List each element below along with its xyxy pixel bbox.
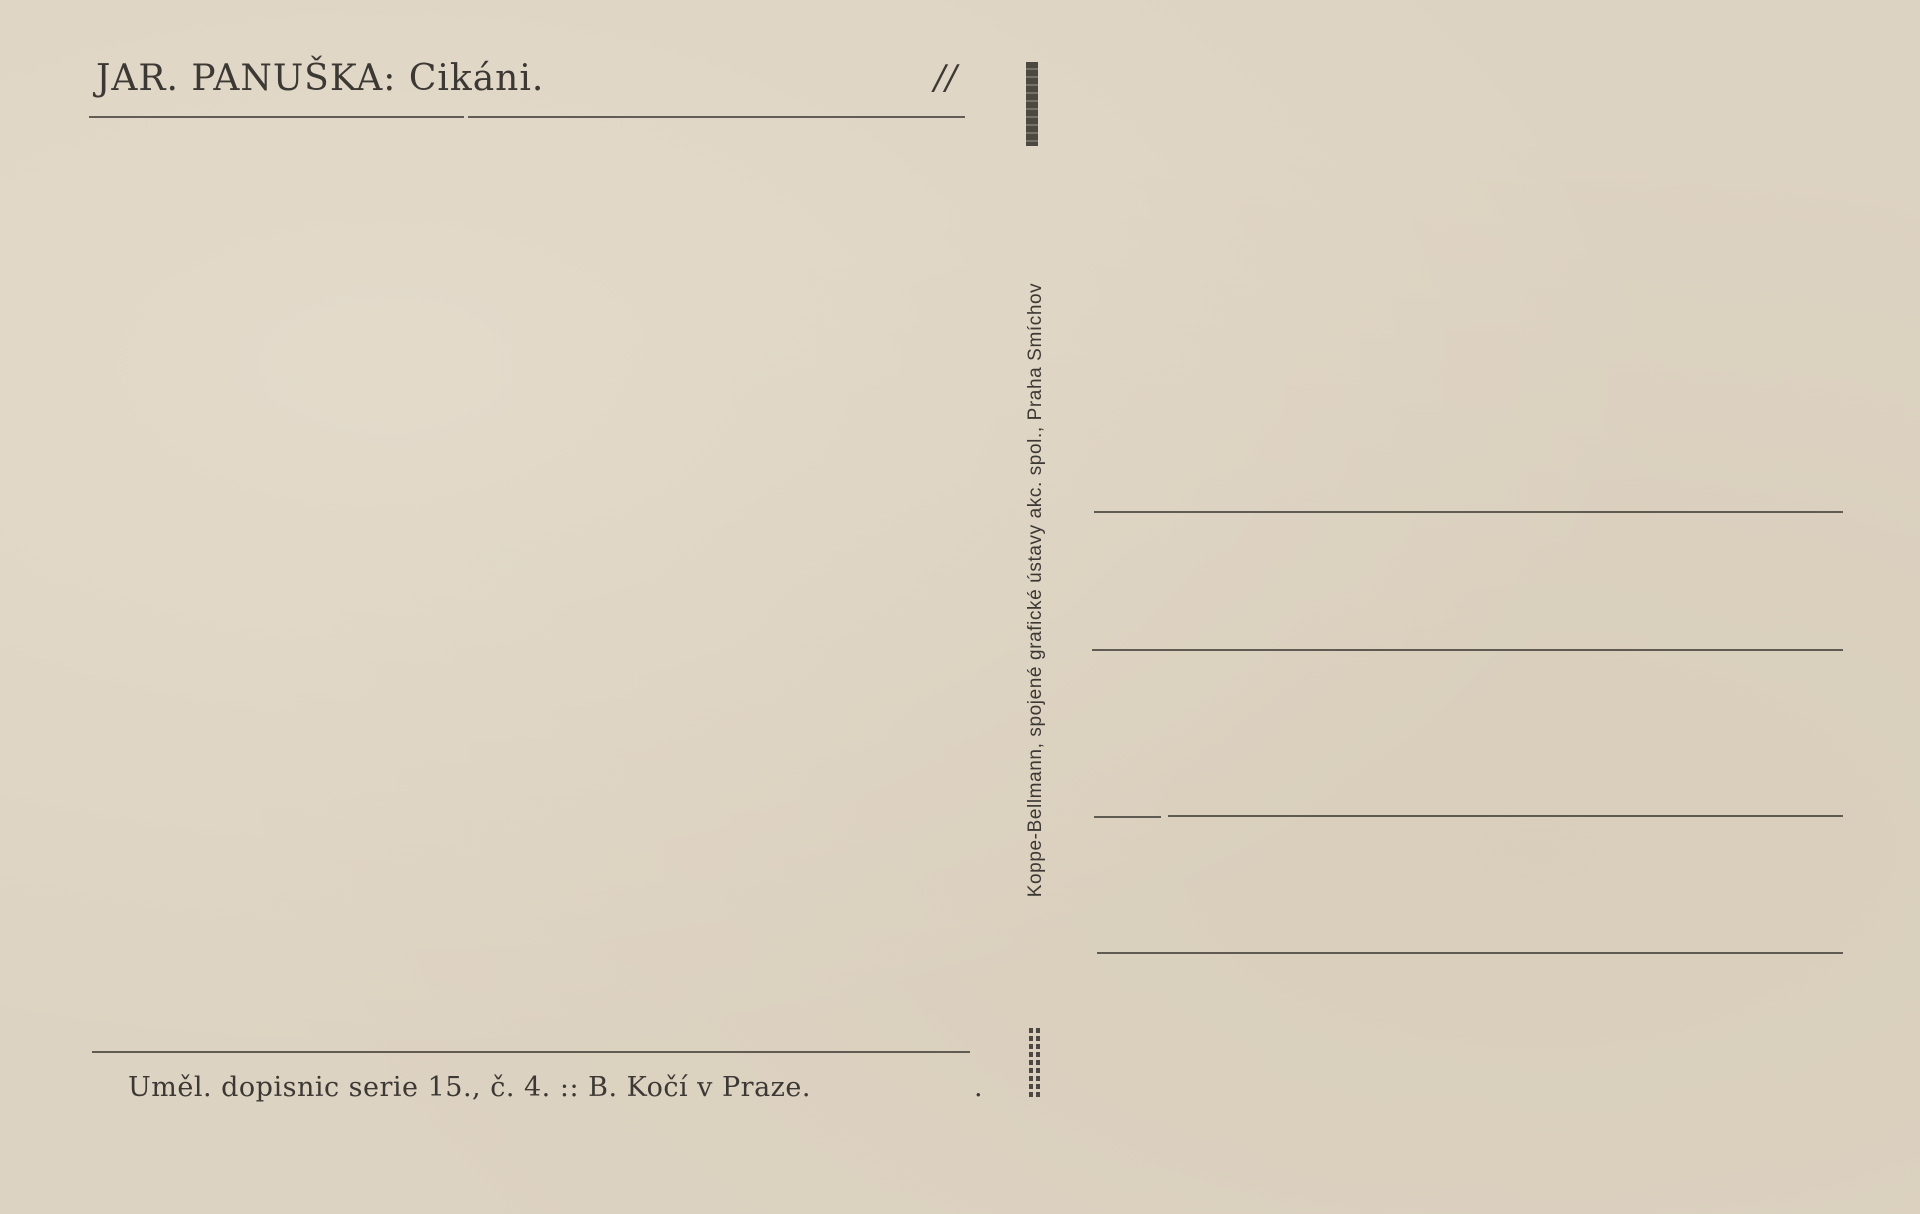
address-line-4 bbox=[1097, 952, 1843, 954]
postcard-back bbox=[0, 0, 1920, 1214]
address-line-1 bbox=[1094, 511, 1843, 513]
footer-dot: . bbox=[974, 1072, 983, 1103]
series-caption: Uměl. dopisnic serie 15., č. 4. :: B. Ko… bbox=[128, 1072, 811, 1103]
title-underline-right bbox=[468, 116, 965, 118]
address-line-3b bbox=[1168, 815, 1843, 817]
divider-ornament-bottom-left bbox=[1029, 1028, 1033, 1100]
printer-imprint: Koppe-Bellmann, spojené grafické ústavy … bbox=[1025, 283, 1047, 898]
address-line-2 bbox=[1092, 649, 1843, 651]
title-underline-left bbox=[89, 116, 464, 118]
address-line-3a bbox=[1094, 816, 1161, 818]
corner-mark: // bbox=[934, 58, 957, 98]
artwork-title: JAR. PANUŠKA: Cikáni. bbox=[96, 58, 544, 99]
footer-rule bbox=[92, 1051, 970, 1053]
divider-ornament-bottom-right bbox=[1036, 1028, 1040, 1100]
divider-ornament-top bbox=[1026, 62, 1038, 146]
